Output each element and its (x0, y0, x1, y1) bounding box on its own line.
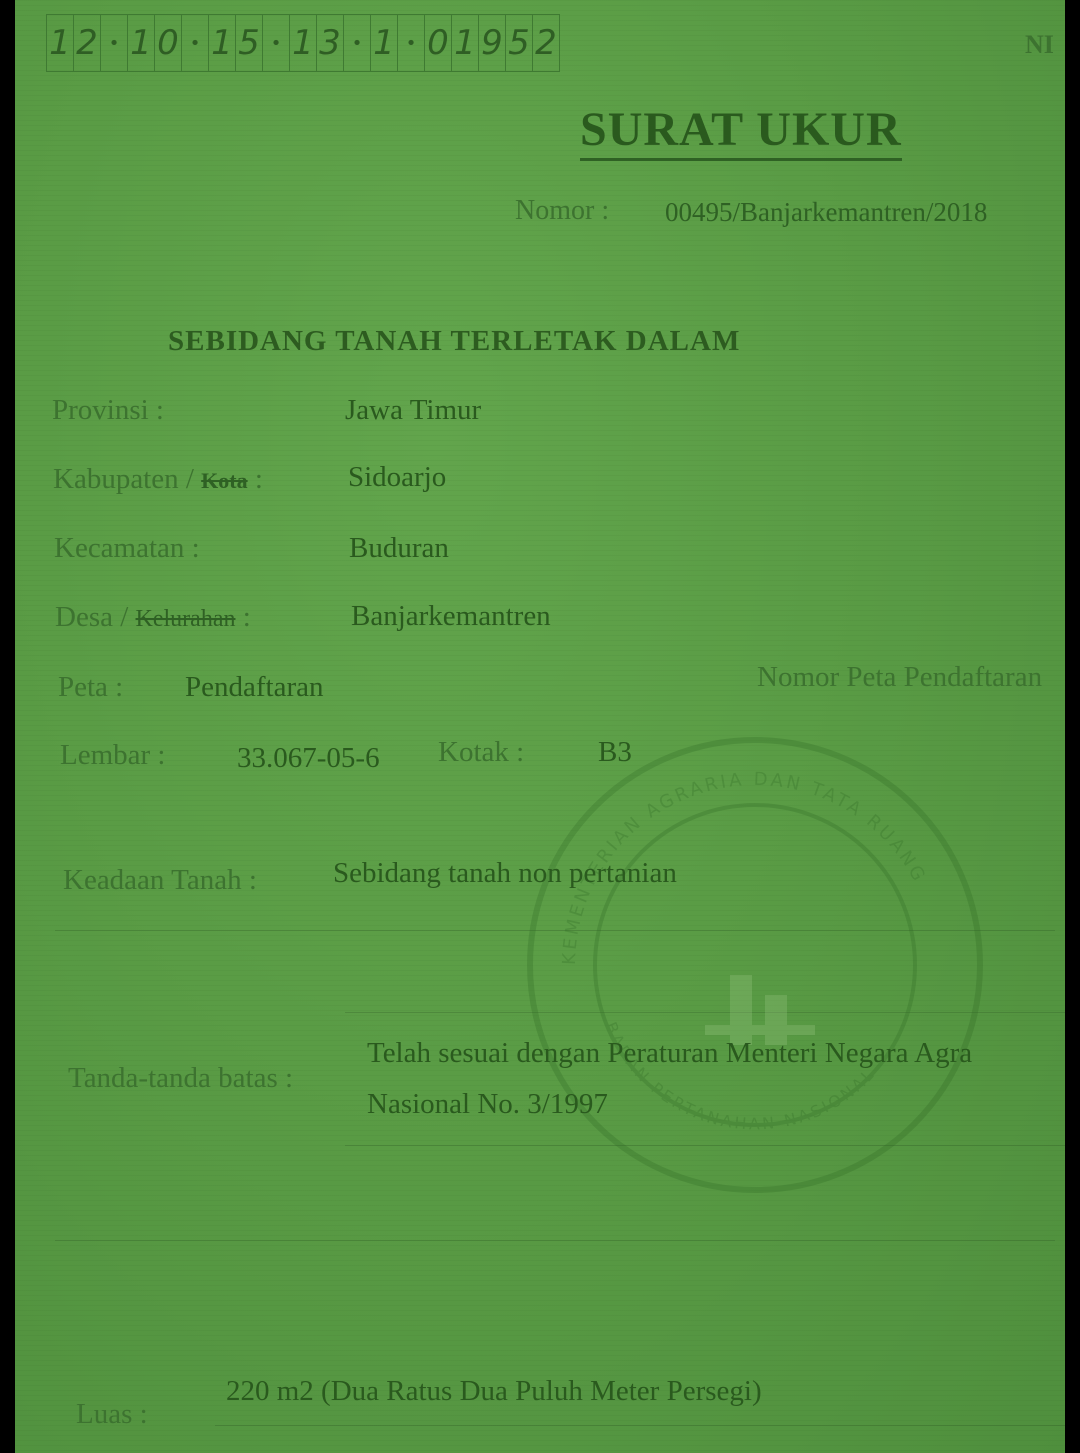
keadaan-tanah-value: Sebidang tanah non pertanian (333, 857, 677, 890)
number-box-cell: 0 (424, 14, 452, 72)
certificate-number-boxes: 12•10•15•13•1•01952 (47, 14, 560, 72)
number-box-cell: 1 (370, 14, 398, 72)
kota-struck-text: Kota (201, 468, 247, 493)
nomor-peta-label: Nomor Peta Pendaftaran (757, 661, 1042, 694)
ruled-line (55, 930, 1055, 931)
provinsi-label: Provinsi : (52, 394, 164, 427)
tanda-batas-value-line1: Telah sesuai dengan Peraturan Menteri Ne… (367, 1037, 972, 1070)
number-box-cell: 1 (208, 14, 236, 72)
nomor-label: Nomor : (515, 195, 609, 227)
ruled-line (215, 1425, 1065, 1426)
desa-label: Desa / Kelurahan : (55, 601, 251, 634)
number-box-cell: • (262, 14, 290, 72)
number-box-cell: 5 (235, 14, 263, 72)
number-box-cell: 1 (127, 14, 155, 72)
lembar-value: 33.067-05-6 (237, 742, 380, 775)
section-heading: SEBIDANG TANAH TERLETAK DALAM (168, 325, 740, 358)
number-box-cell: 5 (505, 14, 533, 72)
kabupaten-label: Kabupaten / Kota : (53, 463, 263, 496)
luas-label: Luas : (76, 1398, 148, 1431)
desa-label-text: Desa / (55, 601, 128, 633)
number-box-cell: 0 (154, 14, 182, 72)
desa-colon: : (243, 601, 251, 633)
document-title: SURAT UKUR (580, 104, 902, 161)
certificate-page: KEMENTERIAN AGRARIA DAN TATA RUANG BADAN… (15, 0, 1065, 1453)
kotak-label: Kotak : (438, 736, 524, 769)
bpn-seal-watermark-icon: KEMENTERIAN AGRARIA DAN TATA RUANG BADAN… (515, 725, 995, 1205)
tanda-batas-label: Tanda-tanda batas : (68, 1062, 293, 1095)
number-box-cell: 3 (316, 14, 344, 72)
kecamatan-value: Buduran (349, 532, 449, 565)
luas-value: 220 m2 (Dua Ratus Dua Puluh Meter Perseg… (226, 1375, 762, 1408)
provinsi-value: Jawa Timur (345, 394, 481, 427)
number-box-cell: 1 (451, 14, 479, 72)
kotak-value: B3 (598, 736, 632, 769)
number-box-cell: • (397, 14, 425, 72)
kabupaten-label-text: Kabupaten / (53, 463, 194, 495)
number-box-cell: 1 (289, 14, 317, 72)
keadaan-tanah-label: Keadaan Tanah : (63, 864, 257, 897)
number-box-cell: • (181, 14, 209, 72)
number-box-cell: 1 (46, 14, 74, 72)
nomor-value: 00495/Banjarkemantren/2018 (665, 197, 987, 228)
kelurahan-struck-text: Kelurahan (136, 606, 236, 632)
desa-value: Banjarkemantren (351, 600, 551, 633)
kecamatan-label: Kecamatan : (54, 532, 200, 565)
number-box-cell: 2 (73, 14, 101, 72)
ni-label: NI (1025, 30, 1054, 60)
ruled-line (345, 1145, 1065, 1146)
peta-value: Pendaftaran (185, 671, 324, 704)
number-box-cell: 2 (532, 14, 560, 72)
kabupaten-value: Sidoarjo (348, 461, 446, 494)
tanda-batas-value-line2: Nasional No. 3/1997 (367, 1088, 608, 1121)
ruled-line (345, 1012, 1065, 1013)
kabupaten-colon: : (255, 463, 263, 495)
ruled-line (55, 1240, 1055, 1241)
number-box-cell: • (343, 14, 371, 72)
peta-label: Peta : (58, 671, 123, 704)
lembar-label: Lembar : (60, 739, 165, 772)
number-box-cell: 9 (478, 14, 506, 72)
number-box-cell: • (100, 14, 128, 72)
